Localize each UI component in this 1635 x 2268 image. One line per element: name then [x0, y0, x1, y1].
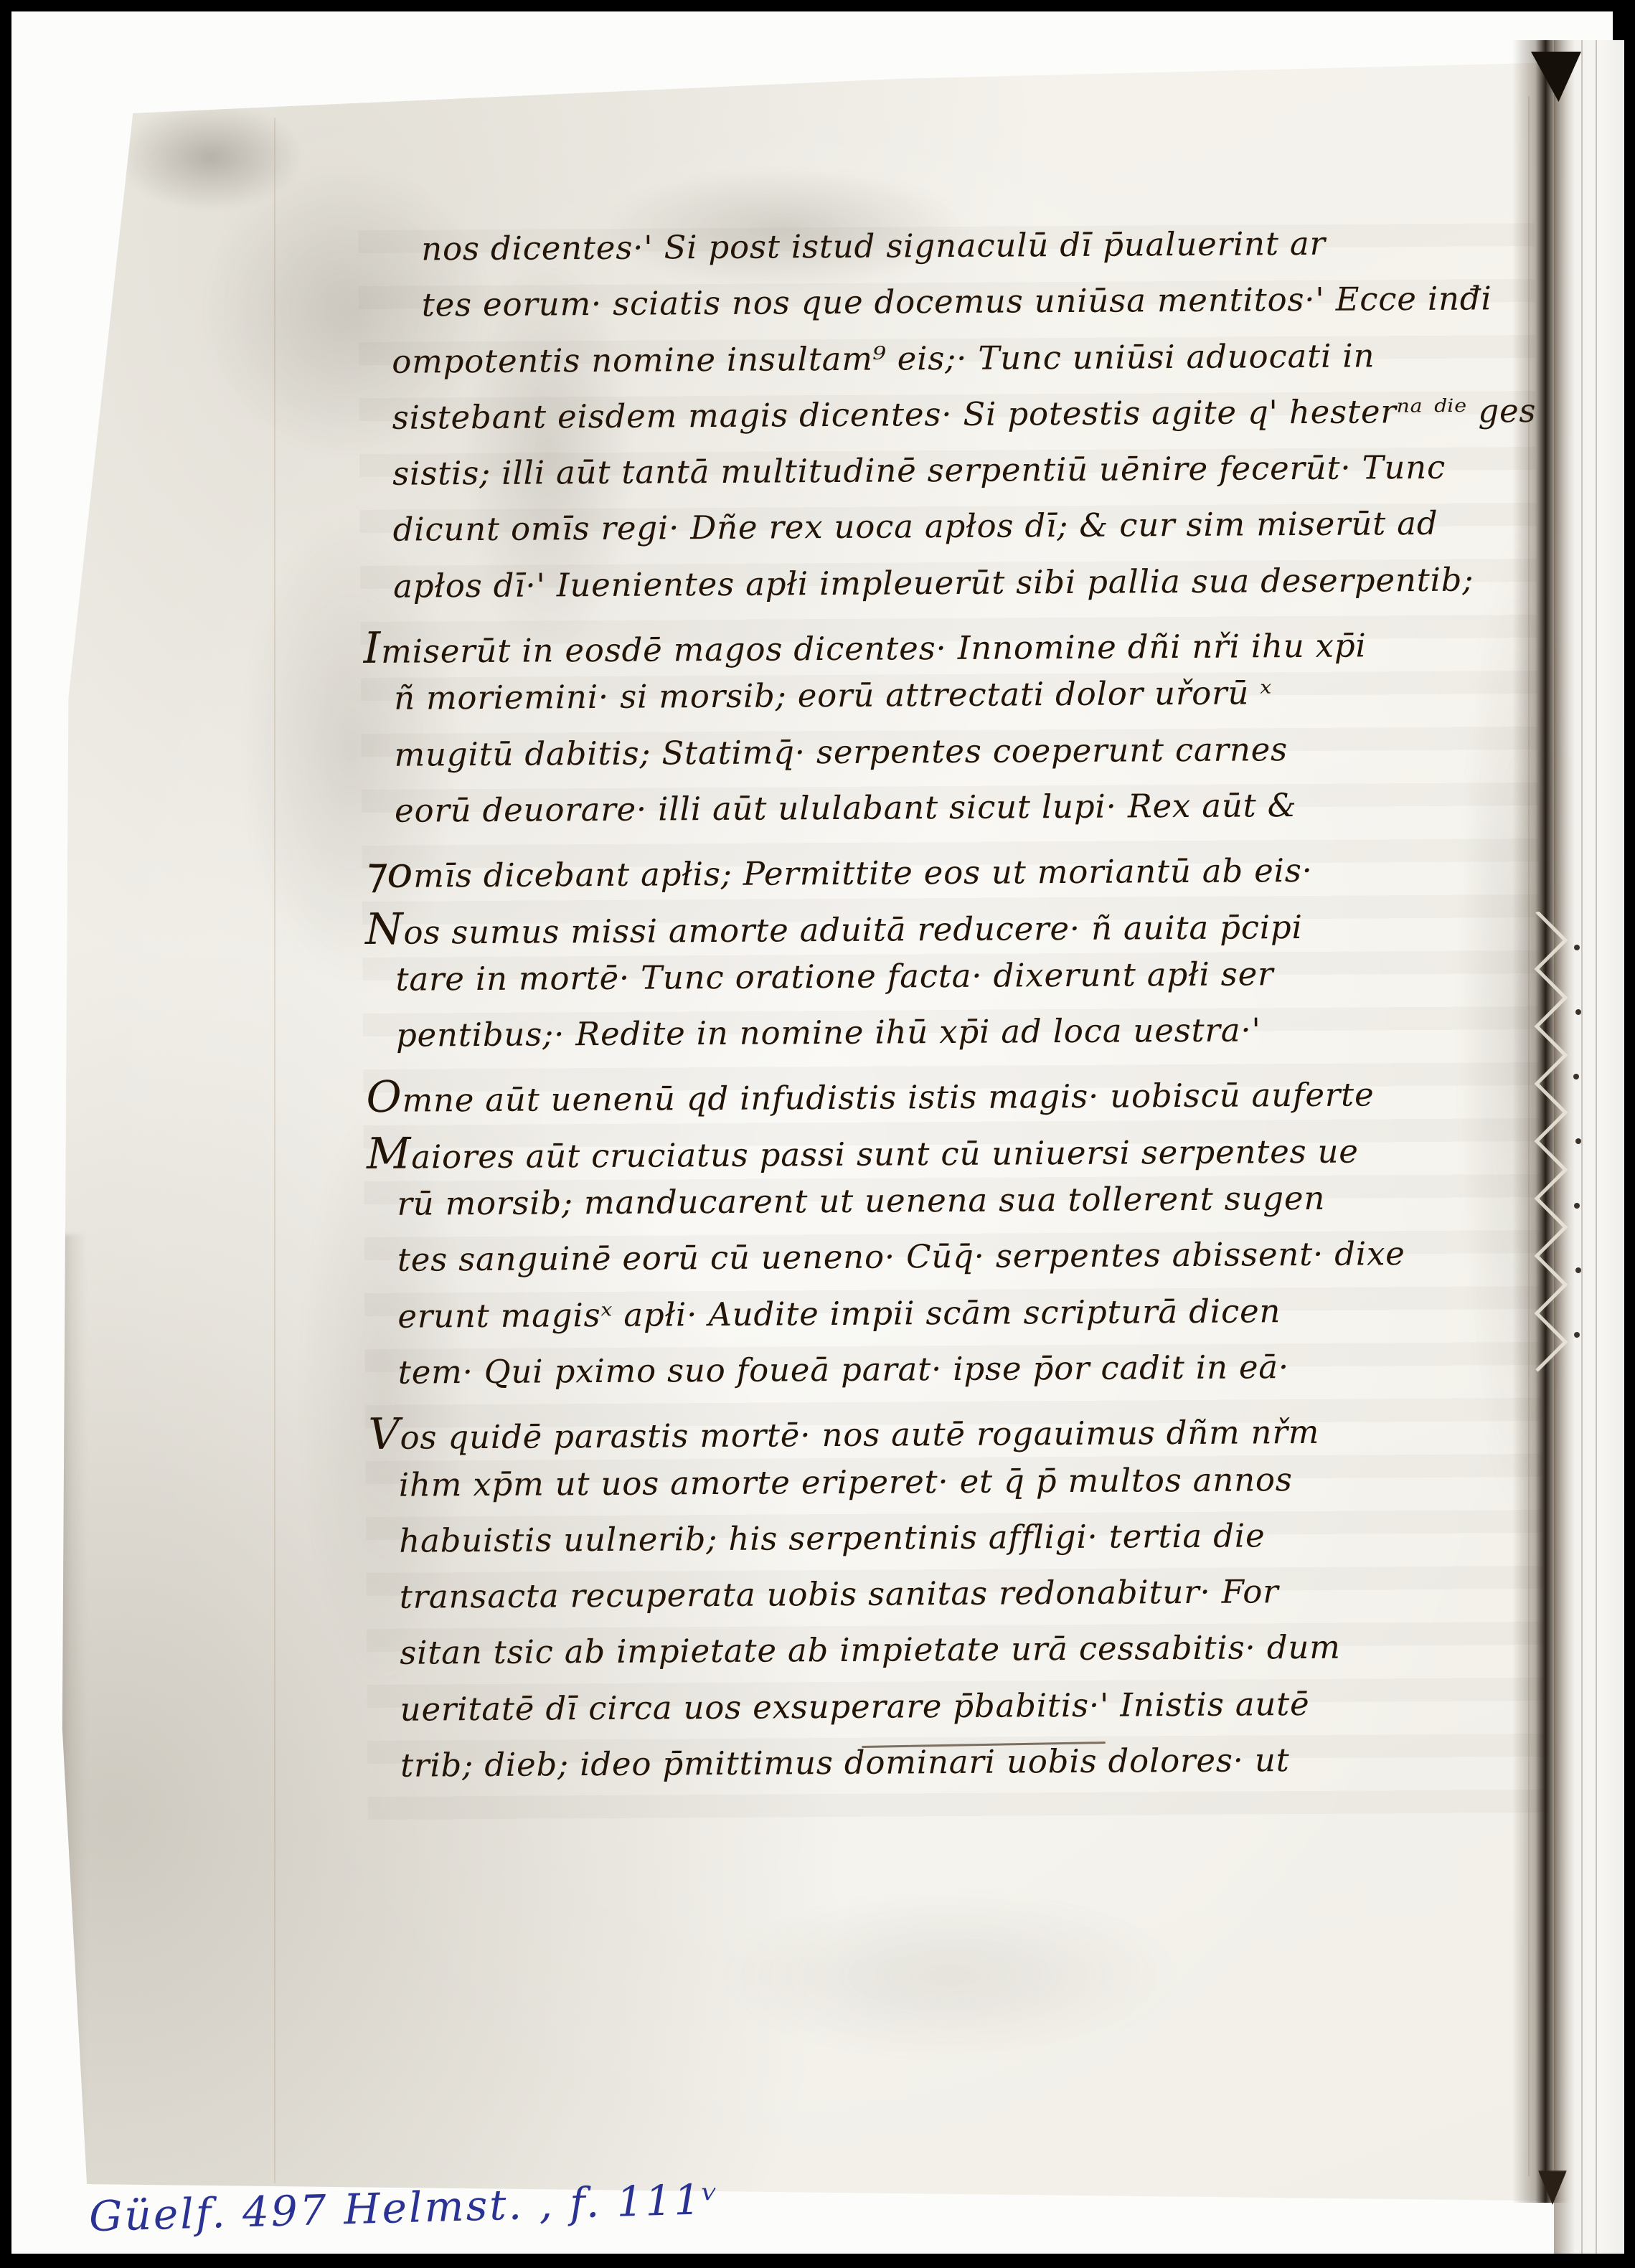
- text-line: transacta recuperata uobis sanitas redon…: [400, 1571, 1543, 1634]
- text-line: ñ moriemini· si morsib; eorū attrectati …: [394, 672, 1537, 735]
- left-edge-soiling: [53, 1234, 86, 2201]
- ruling-line: [274, 118, 275, 2183]
- text-line: pentibus;· Redite in nomine ihū xp̄i ad …: [396, 1009, 1540, 1072]
- text-line: ⁊omīs dicebant apłis; Permittite eos ut …: [364, 841, 1538, 904]
- text-line: Imiserūt in eosdē magos dicentes· Innomi…: [363, 616, 1537, 679]
- text-line: tare in mortē· Tunc oratione facta· dixe…: [395, 953, 1539, 1016]
- text-line: tem· Qui pximo suo foueā parat· ipse p̄o…: [398, 1346, 1542, 1409]
- text-line: eorū deuorare· illi aūt ululabant sicut …: [395, 785, 1538, 848]
- photo-backing: nos dicentes·' Si post istud signaculū d…: [11, 11, 1613, 2254]
- corner-soiling: [118, 103, 304, 211]
- text-line: nos dicentes·' Si post istud signaculū d…: [421, 223, 1535, 286]
- text-line: erunt magisˣ apłi· Audite impii scām scr…: [397, 1290, 1541, 1353]
- stitching-zigzag: [1524, 912, 1588, 1385]
- text-line: rū morsib; manducarent ut uenena sua tol…: [397, 1178, 1540, 1241]
- text-line: sistebant eisdem magis dicentes· Si pote…: [392, 392, 1536, 455]
- manuscript-text: nos dicentes·' Si post istud signaculū d…: [358, 223, 1545, 1851]
- text-line: apłos dī·' Iuenientes apłi impleuerūt si…: [393, 560, 1537, 623]
- text-line: Nos sumus missi amorte aduitā reducere· …: [365, 897, 1539, 960]
- text-line: sistis; illi aūt tantā multitudinē serpe…: [392, 448, 1536, 511]
- text-line: habuistis uulnerib; his serpentinis affl…: [399, 1515, 1542, 1578]
- text-line: tes eorum· sciatis nos que docemus uniūs…: [422, 279, 1535, 342]
- text-line: ihm xp̄m ut uos amorte eriperet· et q̄ p…: [399, 1459, 1542, 1522]
- showthrough-smudge: [699, 1882, 1201, 2069]
- text-line: ueritatē dī circa uos exsuperare p̄babit…: [400, 1683, 1544, 1747]
- text-line: sitan tsic ab impietate ab impietate urā…: [400, 1627, 1543, 1690]
- text-line: mugitū dabitis; Statimq̄· serpentes coep…: [394, 729, 1537, 792]
- text-line: ompotentis nomine insultam⁹ eis;· Tunc u…: [392, 336, 1535, 399]
- text-line: tes sanguinē eorū cū ueneno· Cūq̄· serpe…: [397, 1234, 1541, 1297]
- text-line: trib; dieb; ideo p̄mittimus dominari uob…: [400, 1739, 1544, 1802]
- page-edge-line: [1596, 40, 1597, 2254]
- text-line: Maiores aūt cruciatus passi sunt cū uniu…: [367, 1122, 1540, 1185]
- text-line: Omne aūt uenenū qd infudistis istis magi…: [366, 1065, 1540, 1128]
- text-line: Vos quidē parastis mortē· nos autē rogau…: [368, 1402, 1542, 1465]
- text-line: dicunt omīs regi· Dñe rex uoca apłos dī;…: [393, 504, 1537, 567]
